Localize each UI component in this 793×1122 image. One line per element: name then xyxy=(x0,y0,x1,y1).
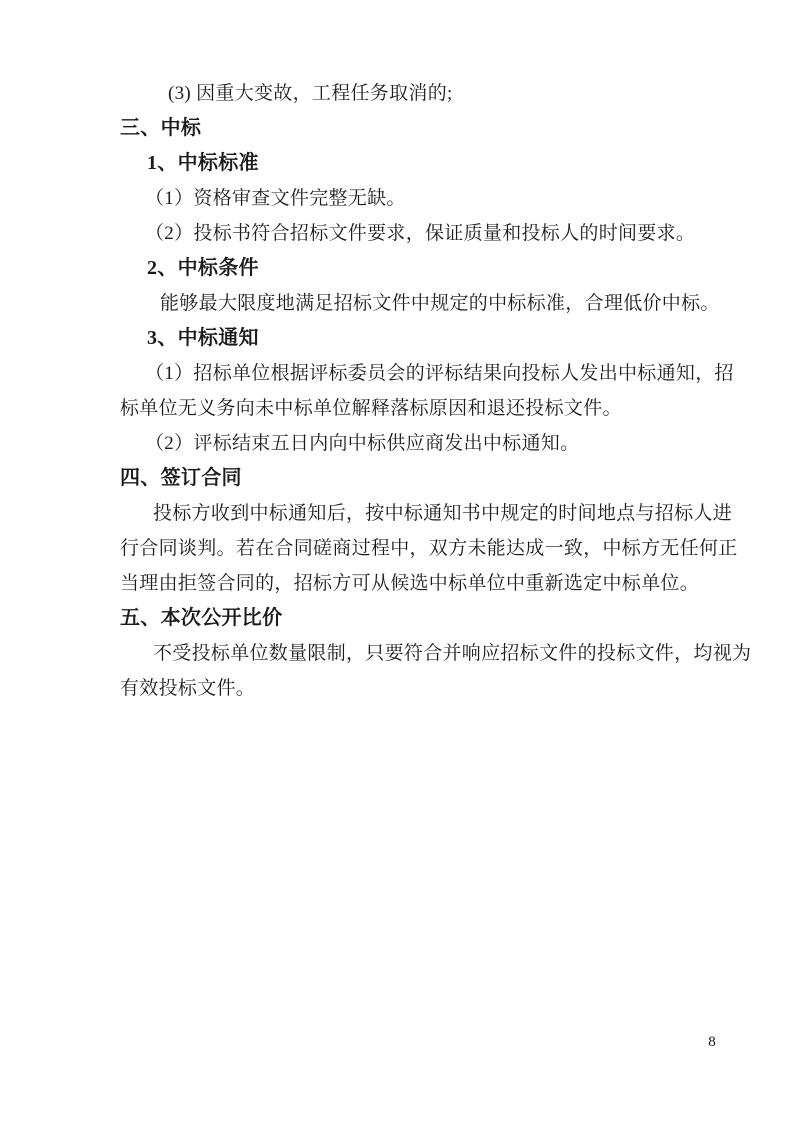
clause-line: (3) 因重大变故，工程任务取消的; xyxy=(168,76,730,111)
page-number: 8 xyxy=(700,1032,724,1052)
subsection-heading: 3、中标通知 xyxy=(147,321,730,356)
clause-line: （2）评标结束五日内向中标供应商发出中标通知。 xyxy=(145,426,730,461)
subsection-heading: 2、中标条件 xyxy=(147,251,730,286)
section-heading-4: 四、签订合同 xyxy=(120,461,730,496)
clause-line: （1）资格审查文件完整无缺。 xyxy=(145,181,730,216)
clause-line: （1）招标单位根据评标委员会的评标结果向投标人发出中标通知，招 xyxy=(145,356,730,391)
subsection-heading: 1、中标标准 xyxy=(147,146,730,181)
paragraph-line: 当理由拒签合同的，招标方可从候选中标单位中重新选定中标单位。 xyxy=(120,566,730,601)
document-page: (3) 因重大变故，工程任务取消的; 三、中标 1、中标标准 （1）资格审查文件… xyxy=(0,0,793,1122)
paragraph-line: 不受投标单位数量限制，只要符合并响应招标文件的投标文件，均视为 xyxy=(153,636,730,671)
document-content: (3) 因重大变故，工程任务取消的; 三、中标 1、中标标准 （1）资格审查文件… xyxy=(120,76,730,706)
section-heading-3: 三、中标 xyxy=(120,111,730,146)
paragraph-line: 有效投标文件。 xyxy=(120,671,730,706)
paragraph-line: 投标方收到中标通知后，按中标通知书中规定的时间地点与招标人进 xyxy=(153,496,730,531)
paragraph-line: 标单位无义务向未中标单位解释落标原因和退还投标文件。 xyxy=(120,391,730,426)
clause-line: （2）投标书符合招标文件要求，保证质量和投标人的时间要求。 xyxy=(145,216,730,251)
section-heading-5: 五、本次公开比价 xyxy=(120,601,730,636)
paragraph-line: 行合同谈判。若在合同磋商过程中，双方未能达成一致，中标方无任何正 xyxy=(120,531,730,566)
paragraph-line: 能够最大限度地满足招标文件中规定的中标标准，合理低价中标。 xyxy=(160,286,730,321)
